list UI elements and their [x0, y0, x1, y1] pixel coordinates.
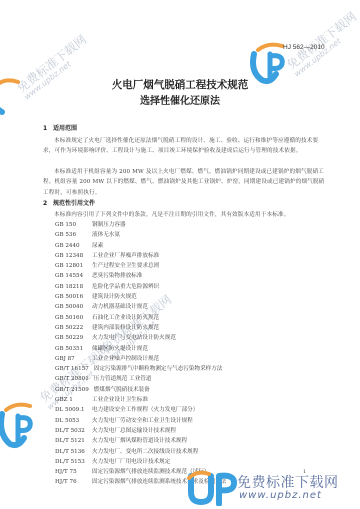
reference-item: GBJ 87工业企业噪声控制设计规范 [55, 354, 226, 364]
reference-item: GB 12801生产过程安全卫生要求总则 [55, 261, 226, 271]
reference-item: DL/T 5121火力发电厂烟风煤粉管道设计技术规程 [55, 436, 226, 446]
watermark-site-url: www.upbz.net [239, 490, 322, 501]
reference-item: DL/T 5032火力发电厂总图运输设计技术规程 [55, 426, 226, 436]
standard-code: HJ 562—2010 [283, 44, 325, 51]
watermark-site-name: 免费标准下载网 [237, 472, 339, 492]
reference-item: DL/T 5136火力发电厂、变电所二次接线设计技术规程 [55, 447, 226, 457]
reference-item: GB 50040动力机器基础设计规范 [55, 302, 226, 312]
reference-item: GB 50016建筑设计防火规范 [55, 292, 226, 302]
reference-item: GB 50222建筑内部装修设计防火规范 [55, 323, 226, 333]
reference-item: GBZ 1工业企业设计卫生标准 [55, 395, 226, 405]
reference-item: GB/T 16157固定污染源排气中颗粒物测定与气态污染物采样方法 [55, 364, 226, 374]
reference-list: GB 150钢制压力容器 GB 536液体无水氨 GB 2440尿素 GB 12… [55, 220, 226, 488]
document-title: 火电厂烟气脱硝工程技术规范 [0, 77, 360, 92]
document-subtitle: 选择性催化还原法 [0, 92, 360, 107]
reference-item: GB 50229火力发电厂与变电站设计防火规范 [55, 333, 226, 343]
reference-item: GB 12348工业企业厂界噪声排放标准 [55, 251, 226, 261]
reference-item: GB 2440尿素 [55, 241, 226, 251]
reference-item: DL 5053火力发电厂劳动安全和工业卫生设计规程 [55, 416, 226, 426]
paragraph-scope-2: 本标准适用于机组容量为 200 MW 及以上火电厂燃煤、燃气、燃油锅炉同期建设或… [43, 167, 325, 198]
reference-item: GB/T 20801压力管道规范 工业管道 [55, 374, 226, 384]
paragraph-references-intro: 本标准内容引用了下列文件中的条款。凡是不注日期的引用文件，其有效版本适用于本标准… [43, 210, 325, 220]
section-heading-scope: 1适用范围 [43, 123, 77, 132]
reference-item: GB 50160石油化工企业设计防火规范 [55, 313, 226, 323]
watermark-logo-bottom-left [0, 400, 36, 450]
section-heading-references: 2规范性引用文件 [43, 198, 95, 207]
watermark-brand-bottom: 免费标准下载网 www.upbz.net [187, 470, 357, 506]
reference-item: GB 50351储罐区防火堤设计规范 [55, 344, 226, 354]
paragraph-scope-1: 本标准规定了火电厂选择性催化还原法烟气脱硝工程的设计、施工、验收、运行和维护等应… [43, 136, 325, 157]
reference-item: DL/T 5153火力发电厂厂用电设计技术规定 [55, 457, 226, 467]
reference-item: DL 5009.1电力建设安全工作规程（火力发电厂部分） [55, 405, 226, 415]
up-logo-icon [187, 470, 239, 506]
reference-item: GB 536液体无水氨 [55, 230, 226, 240]
reference-item: GB 150钢制压力容器 [55, 220, 226, 230]
up-logo-icon [0, 400, 36, 450]
document-page: 免费标准下载网 www.upbz.net 免费标准下载网 www.upbz.ne… [0, 0, 360, 509]
reference-item: GB 18218危险化学品重大危险源辨识 [55, 282, 226, 292]
reference-item: GB/T 21509燃煤烟气脱硝技术装备 [55, 385, 226, 395]
reference-item: GB 14554恶臭污染物排放标准 [55, 271, 226, 281]
